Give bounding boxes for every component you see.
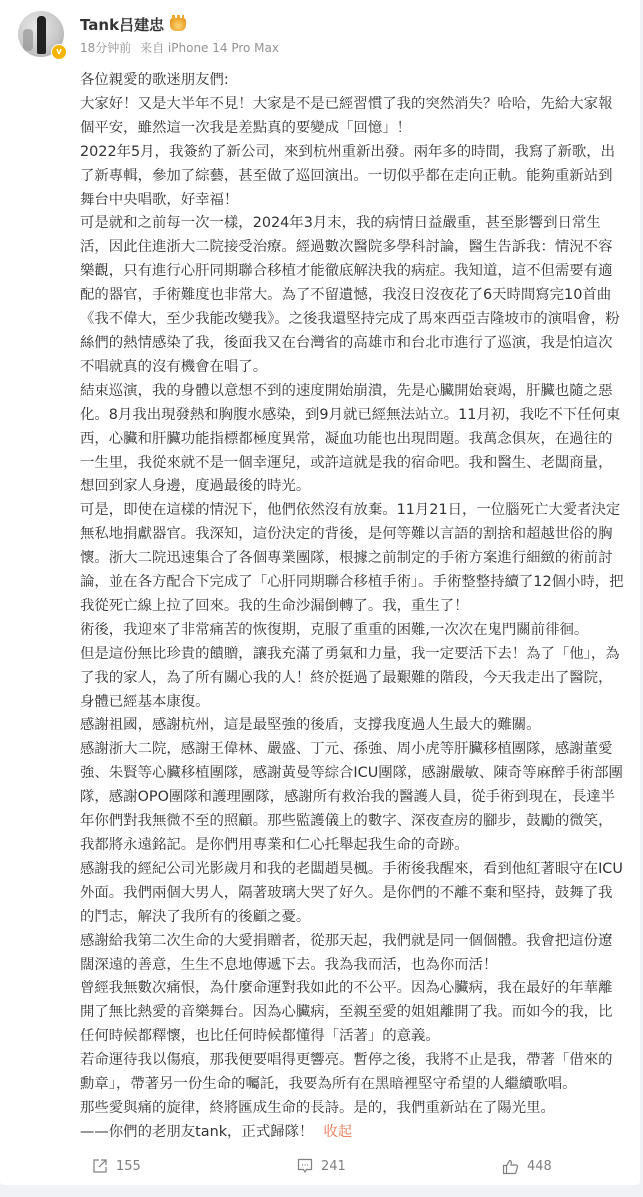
collapse-link[interactable]: 收起 bbox=[323, 1124, 352, 1140]
paragraph: 可是，即使在這樣的情況下，他們依然沒有放棄。11月21日，一位腦死亡大愛者決定無… bbox=[80, 499, 625, 619]
crown-icon[interactable] bbox=[170, 18, 186, 31]
comment-count: 241 bbox=[321, 1159, 346, 1174]
signature-line: ——你們的老朋友tank，正式歸隊！收起 bbox=[80, 1121, 625, 1145]
paragraph: 感謝給我第二次生命的大愛捐贈者，從那天起，我們就是同一個個體。我會把這份遼闊深遠… bbox=[80, 930, 625, 978]
like-button[interactable]: 448 bbox=[502, 1158, 552, 1175]
share-count: 155 bbox=[116, 1159, 141, 1174]
paragraph: 可是就和之前每一次一樣，2024年3月末，我的病情日益嚴重，甚至影響到日常生活，… bbox=[80, 212, 625, 379]
avatar-person-figure bbox=[37, 16, 46, 54]
post-source: 来自 iPhone 14 Pro Max bbox=[140, 41, 279, 55]
post-time[interactable]: 18分钟前 bbox=[80, 41, 131, 55]
signature-text: ——你們的老朋友tank，正式歸隊！ bbox=[80, 1124, 313, 1140]
post-actions-bar: 155 241 448 bbox=[0, 1152, 640, 1182]
share-button[interactable]: 155 bbox=[92, 1158, 141, 1174]
comment-icon bbox=[297, 1158, 313, 1174]
author-row: Tank吕建忠 bbox=[80, 14, 186, 35]
post-content: 各位親愛的歌迷朋友們: 大家好！又是大半年不見！大家是不是已經習慣了我的突然消失… bbox=[80, 69, 625, 1145]
verified-v-badge-icon: v bbox=[51, 44, 67, 60]
weibo-post-card: v Tank吕建忠 18分钟前 来自 iPhone 14 Pro Max 各位親… bbox=[0, 0, 640, 1185]
share-icon bbox=[92, 1158, 108, 1174]
paragraph: 曾經我無數次痛恨，為什麼命運對我如此的不公平。因為心臟病，我在最好的年華離開了無… bbox=[80, 977, 625, 1049]
comment-button[interactable]: 241 bbox=[297, 1158, 346, 1174]
paragraph: 術後，我迎來了非常痛苦的恢復期，克服了重重的困難,一次次在鬼門關前徘徊。 bbox=[80, 619, 625, 643]
avatar-shadow-figure bbox=[23, 29, 33, 51]
paragraph: 各位親愛的歌迷朋友們: bbox=[80, 69, 625, 93]
paragraph: 感謝祖國，感謝杭州，這是最堅強的後盾，支撐我度過人生最大的難關。 bbox=[80, 714, 625, 738]
paragraph: 感謝我的經紀公司光影歲月和我的老闆趙昊楓。手術後我醒來，看到他紅著眼守在ICU外… bbox=[80, 858, 625, 930]
paragraph: 大家好！又是大半年不見！大家是不是已經習慣了我的突然消失？哈哈，先給大家報個平安… bbox=[80, 93, 625, 141]
paragraph: 那些愛與痛的旋律，終將匯成生命的長詩。是的，我們重新站在了陽光里。 bbox=[80, 1097, 625, 1121]
like-count: 448 bbox=[527, 1159, 552, 1174]
paragraph: 感謝浙大二院，感謝王偉林、嚴盛、丁元、孫強、周小虎等肝臟移植團隊，感謝董愛強、朱… bbox=[80, 738, 625, 858]
paragraph: 若命運待我以傷痕，那我便要唱得更響亮。暫停之後，我將不止是我，帶著「借來的勳章」… bbox=[80, 1049, 625, 1097]
paragraph: 但是這份無比珍貴的饋贈，讓我充滿了勇氣和力量，我一定要活下去！為了「他」，為了我… bbox=[80, 643, 625, 715]
thumbs-up-icon bbox=[502, 1158, 519, 1175]
post-meta: 18分钟前 来自 iPhone 14 Pro Max bbox=[80, 39, 279, 56]
paragraph: 2022年5月，我簽約了新公司，來到杭州重新出發。兩年多的時間，我寫了新歌，出了… bbox=[80, 141, 625, 213]
paragraph: 結束巡演，我的身體以意想不到的速度開始崩潰，先是心臟開始衰竭，肝臟也隨之惡化。8… bbox=[80, 380, 625, 500]
author-name[interactable]: Tank吕建忠 bbox=[80, 14, 164, 35]
